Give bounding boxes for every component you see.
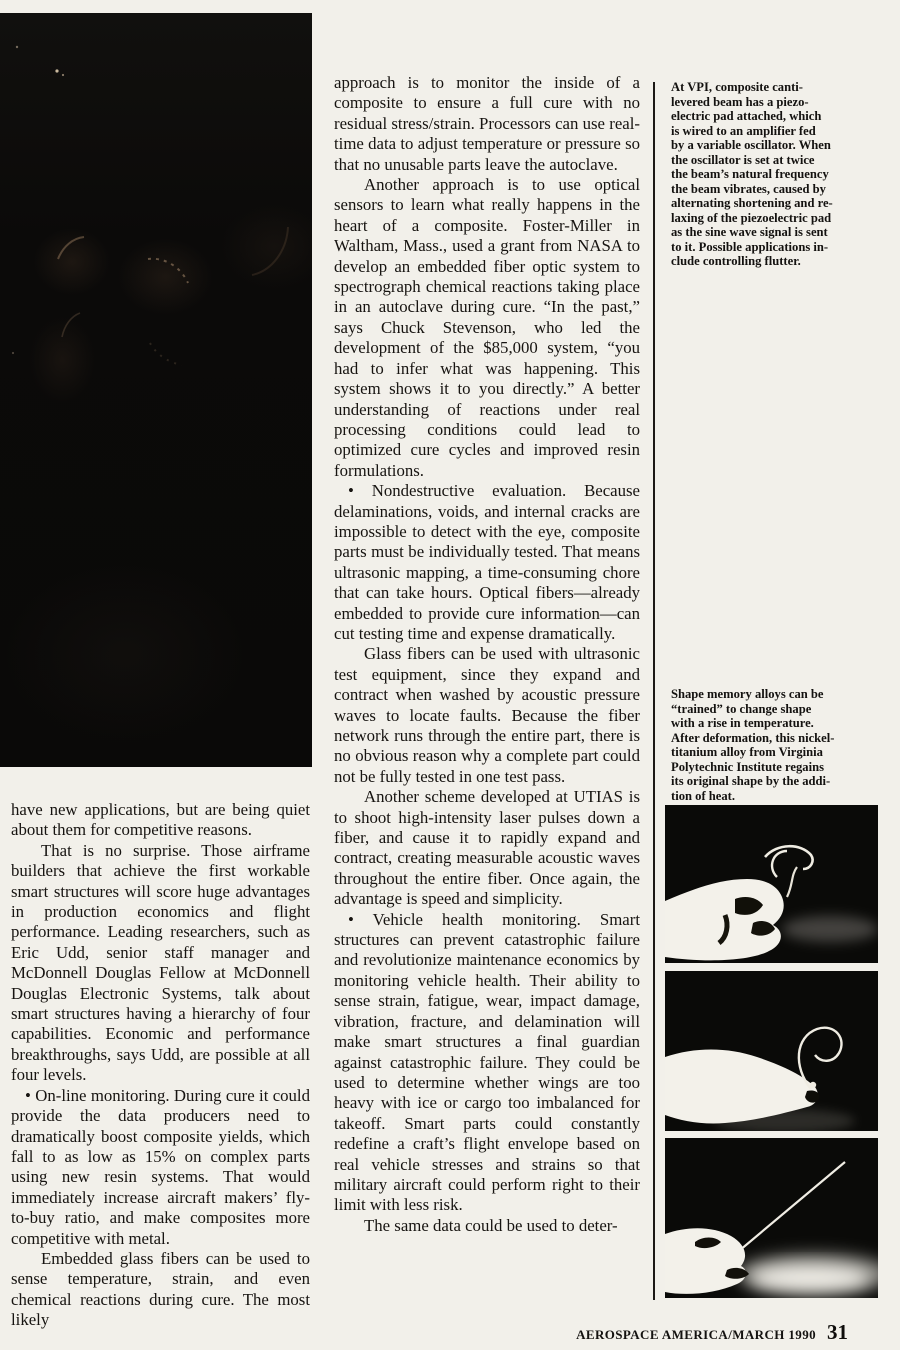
body-paragraph: • Vehicle health monitoring. Smart struc…: [334, 910, 640, 1216]
main-photo: [0, 13, 312, 767]
wire-photo-straight-svg: [665, 1138, 878, 1298]
wire-photo-recovering: [665, 971, 878, 1131]
main-photo-highlights: [0, 13, 312, 767]
footer: AEROSPACE AMERICA/MARCH 1990 31: [576, 1320, 848, 1345]
journal-title: AEROSPACE AMERICA/MARCH 1990: [576, 1327, 816, 1343]
photo-caption-piezo-beam: At VPI, composite canti- levered beam ha…: [671, 80, 871, 269]
body-paragraph: • Nondestructive evaluation. Because del…: [334, 481, 640, 644]
middle-column: approach is to monitor the inside of a c…: [334, 73, 640, 1236]
body-paragraph: Another scheme developed at UTIAS is to …: [334, 787, 640, 909]
wire-photo-deformed-svg: [665, 805, 878, 963]
wire-photo-straight: [665, 1138, 878, 1298]
body-paragraph: That is no surprise. Those airframe buil…: [11, 841, 310, 1086]
body-paragraph: • On-line monitoring. During cure it cou…: [11, 1086, 310, 1249]
body-paragraph: approach is to monitor the inside of a c…: [334, 73, 640, 175]
body-paragraph: Embedded glass fibers can be used to sen…: [11, 1249, 310, 1331]
wire-photo-recovering-svg: [665, 971, 878, 1131]
magazine-page: have new applications, but are being qui…: [0, 0, 900, 1350]
body-paragraph: Another approach is to use optical senso…: [334, 175, 640, 481]
body-paragraph: Glass fibers can be used with ultrasonic…: [334, 644, 640, 787]
column-divider: [653, 82, 655, 1300]
wire-photo-deformed: [665, 805, 878, 963]
page-number: 31: [827, 1320, 848, 1345]
body-paragraph: The same data could be used to deter-: [334, 1216, 640, 1236]
photo-caption-shape-memory: Shape memory alloys can be “trained” to …: [671, 687, 871, 803]
left-column: have new applications, but are being qui…: [11, 800, 310, 1331]
body-paragraph: have new applications, but are being qui…: [11, 800, 310, 841]
